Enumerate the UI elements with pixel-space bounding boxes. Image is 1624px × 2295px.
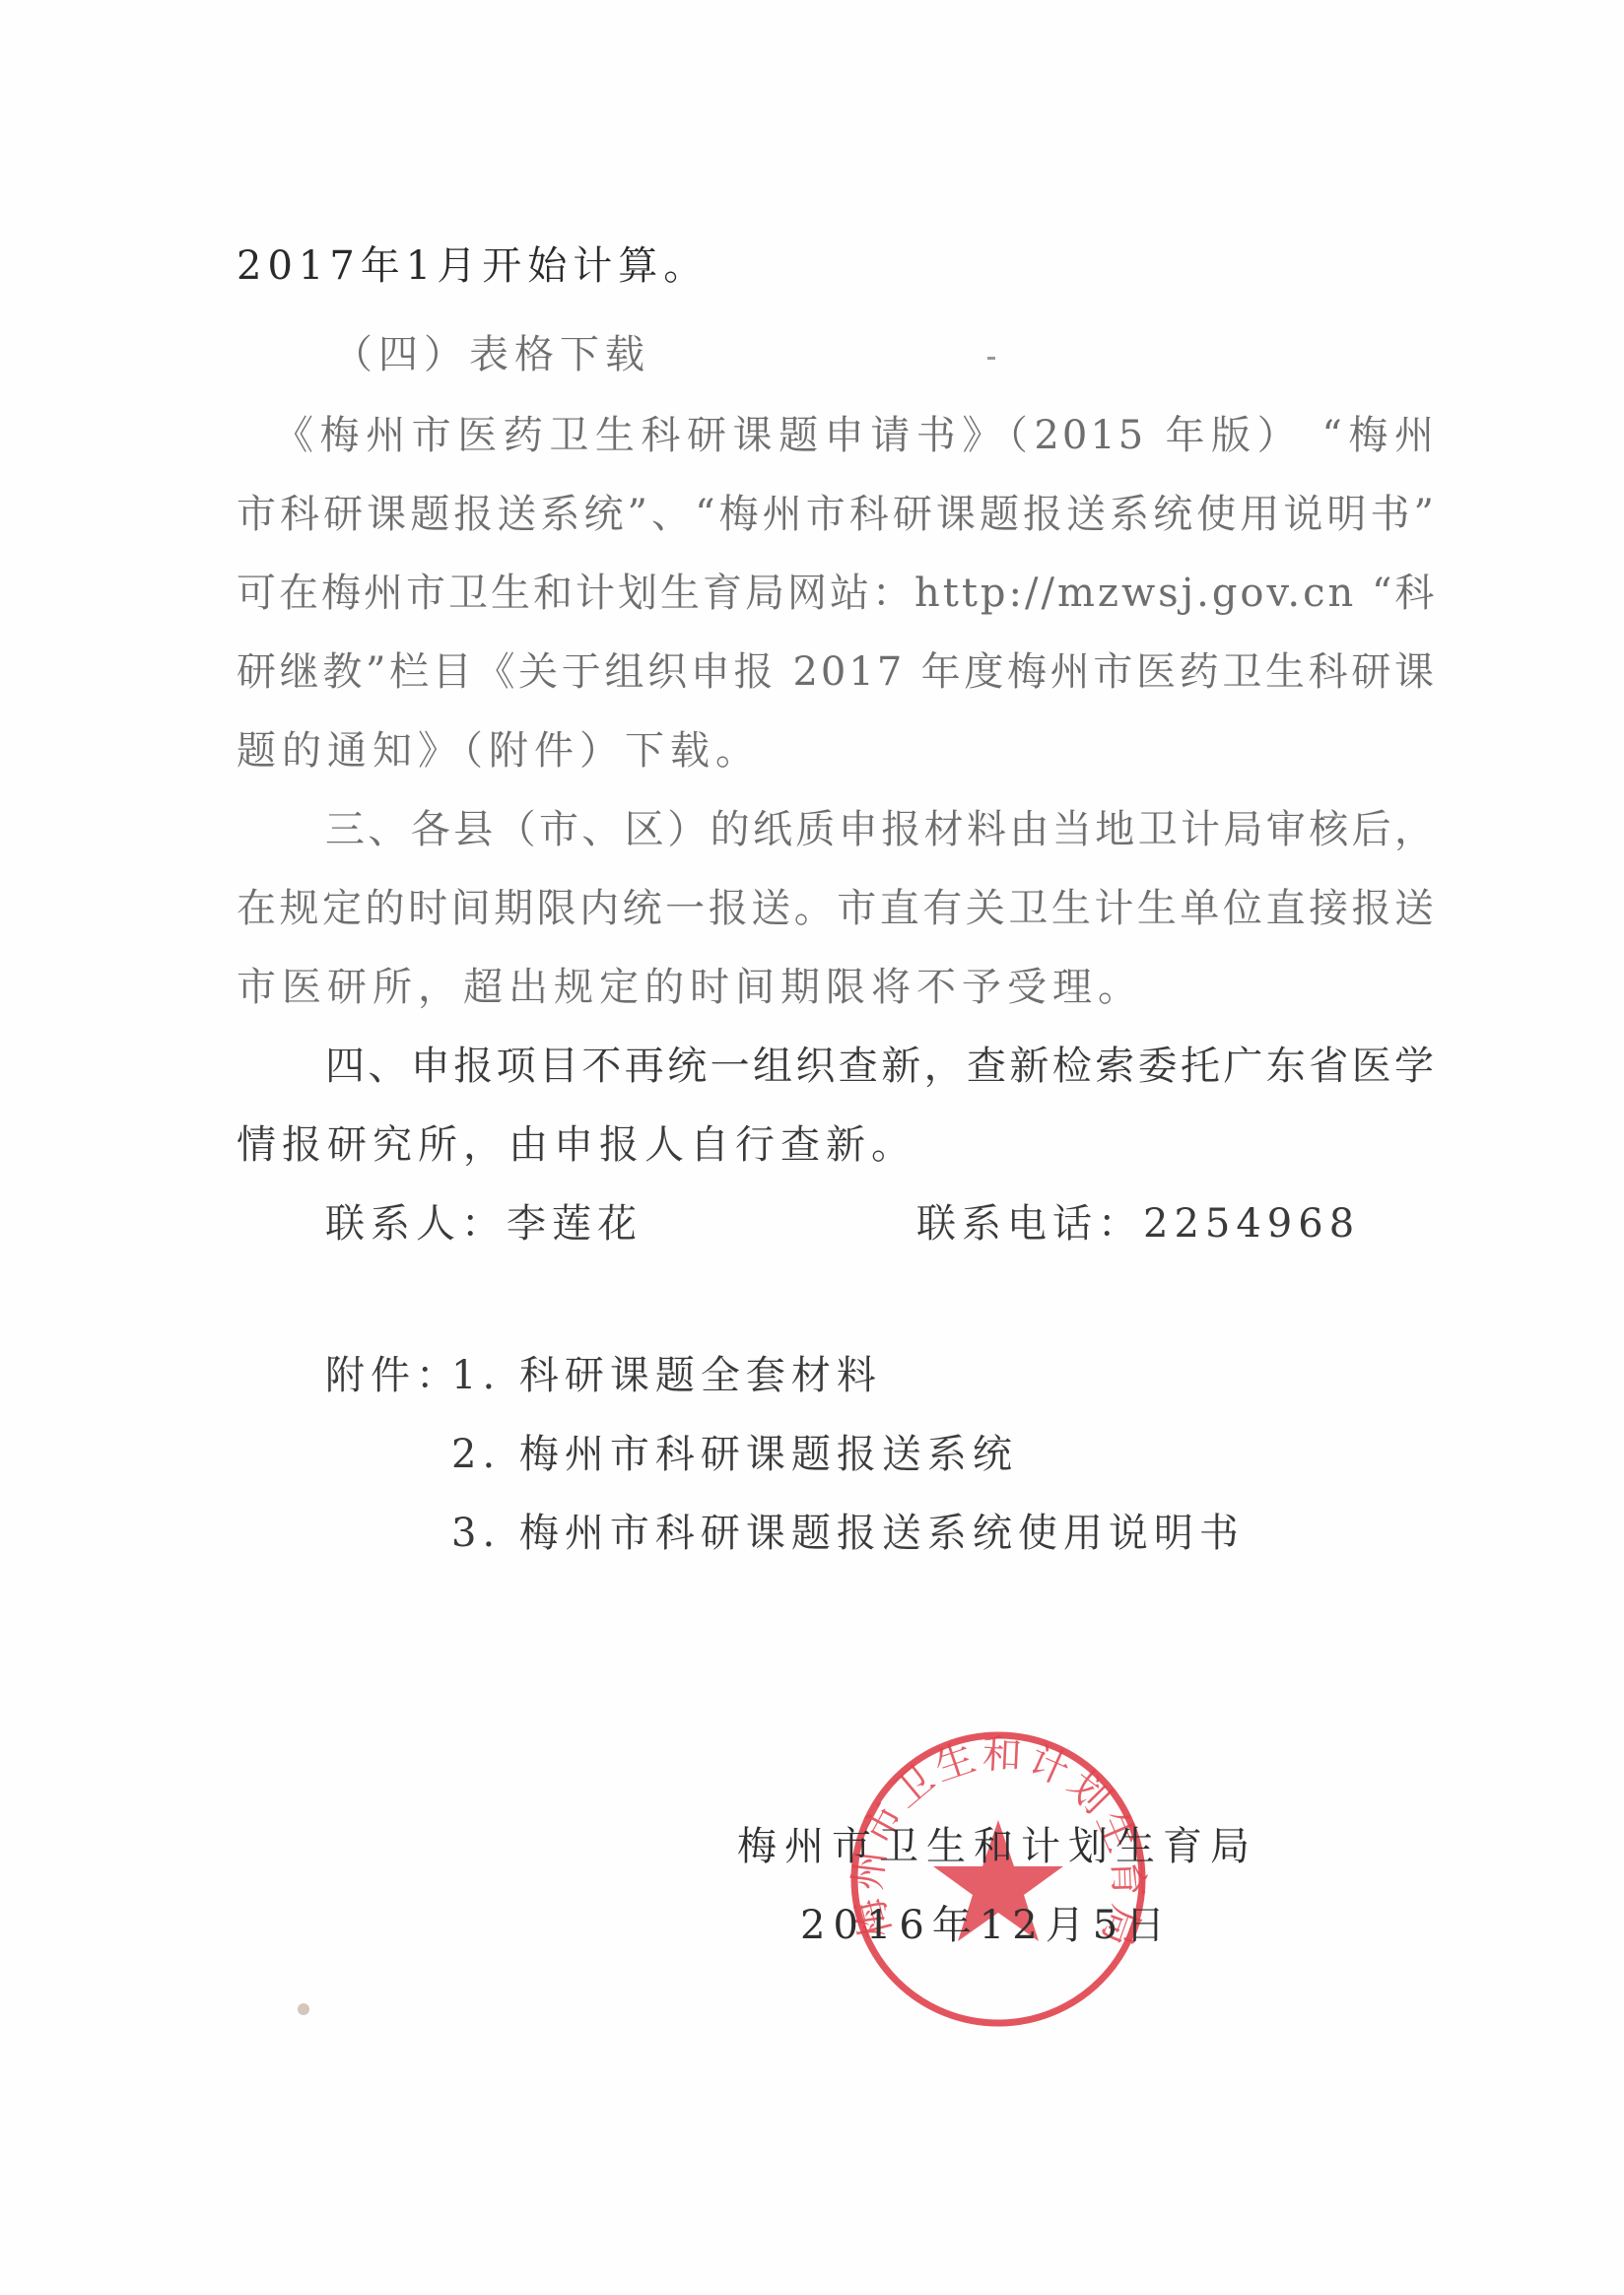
contact-person-name: 李莲花: [507, 1201, 643, 1247]
signature-date: 2016年12月5日: [800, 1900, 1173, 1951]
contact-person-label: 联系人：: [325, 1201, 507, 1247]
scan-mark: [987, 357, 995, 360]
contact-phone-number: 2254968: [1143, 1201, 1360, 1247]
document-page: 2017年1月开始计算。 （四）表格下载 《梅州市医药卫生科研课题申请书》（20…: [0, 0, 1624, 2295]
contact-phone: 联系电话：2254968: [916, 1198, 1360, 1249]
attachment-item: 1. 科研课题全套材料: [451, 1350, 882, 1401]
paragraph-line: 市医研所，超出规定的时间期限将不予受理。: [237, 962, 1143, 1013]
continuation-line: 2017年1月开始计算。: [237, 240, 709, 292]
section-4-heading: （四）表格下载: [333, 329, 650, 380]
paragraph-line: 题的通知》（附件）下载。: [237, 725, 761, 776]
paragraph-line: 《梅州市医药卫生科研课题申请书》（2015 年版） “梅州: [274, 410, 1437, 461]
attachments-label: 附件：: [325, 1350, 461, 1401]
paragraph-line: 四、申报项目不再统一组织查新，查新检索委托广东省医学: [325, 1041, 1437, 1092]
paragraph-line: 三、各县（市、区）的纸质申报材料由当地卫计局审核后，: [325, 804, 1437, 855]
paragraph-line: 可在梅州市卫生和计划生育局网站：http://mzwsj.gov.cn “科: [237, 568, 1437, 619]
paragraph-line: 情报研究所，由申报人自行查新。: [237, 1119, 916, 1171]
signature-organization: 梅州市卫生和计划生育局: [737, 1821, 1257, 1872]
official-seal-graphic: 梅州市卫生和计划生育局: [846, 1726, 1151, 2032]
official-seal: 梅州市卫生和计划生育局: [846, 1726, 1151, 2032]
contact-phone-label: 联系电话：: [916, 1201, 1143, 1247]
paragraph-line: 在规定的时间期限内统一报送。市直有关卫生计生单位直接报送: [237, 883, 1437, 934]
contact-person: 联系人：李莲花: [325, 1198, 643, 1249]
paragraph-line: 研继教”栏目《关于组织申报 2017 年度梅州市医药卫生科研课: [237, 646, 1437, 698]
attachment-item: 2. 梅州市科研课题报送系统: [451, 1429, 1018, 1480]
paragraph-line: 市科研课题报送系统”、“梅州市科研课题报送系统使用说明书”: [237, 489, 1437, 540]
scan-speck: [298, 2003, 309, 2015]
attachment-item: 3. 梅州市科研课题报送系统使用说明书: [451, 1508, 1245, 1559]
